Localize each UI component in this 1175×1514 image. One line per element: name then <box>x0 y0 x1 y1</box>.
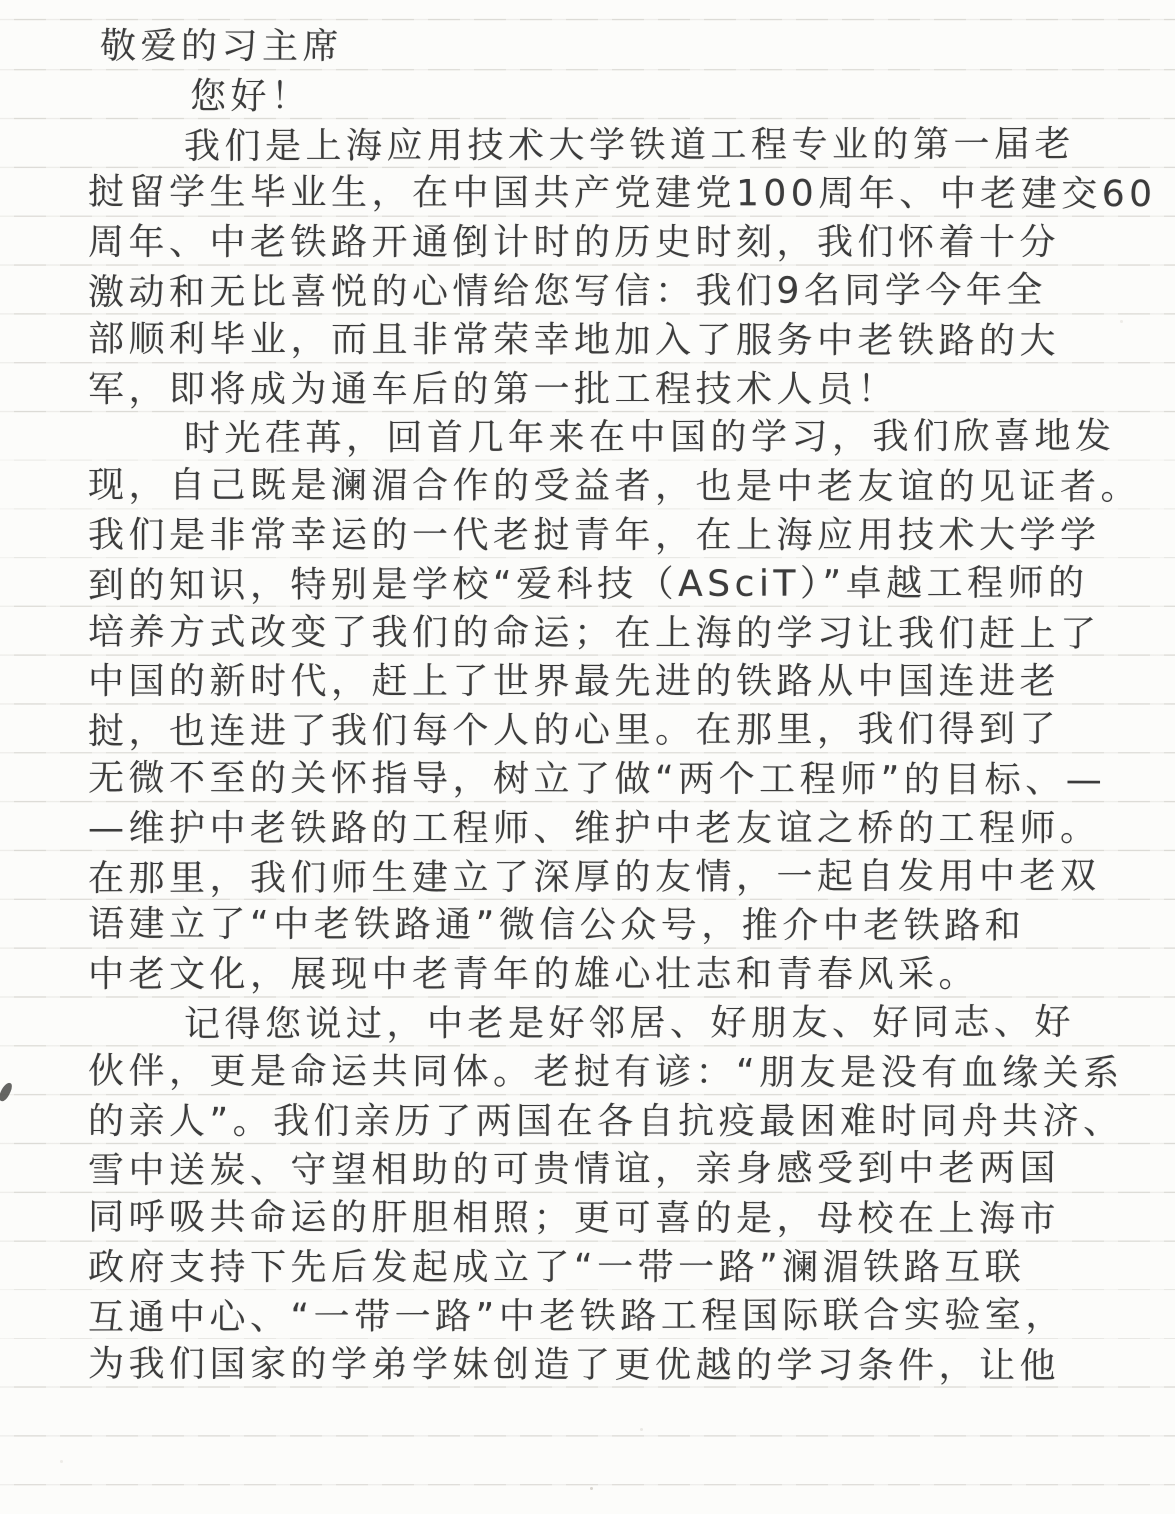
letter-line: 互通中心、“一带一路”中老铁路工程国际联合实验室， <box>88 1291 1175 1343</box>
letter-line: 政府支持下先后发起成立了“一带一路”澜湄铁路互联 <box>88 1244 1175 1293</box>
letter-line: 军，即将成为通车后的第一批工程技术人员！ <box>88 366 1175 415</box>
letter-line: 无微不至的关怀指导，树立了做“两个工程师”的目标、— <box>88 755 1175 806</box>
letter-line: 激动和无比喜悦的心情给您写信：我们9名同学今年全 <box>88 267 1175 319</box>
letter-line: 伙伴，更是命运共同体。老挝有谚：“朋友是没有血缘关系 <box>88 1048 1175 1099</box>
letter-line: 到的知识，特别是学校“爱科技（ASciT）”卓越工程师的 <box>88 559 1175 611</box>
letter-line: 我们是非常幸运的一代老挝青年，在上海应用技术大学学 <box>88 512 1175 561</box>
letter-line: 语建立了“中老铁路通”微信公众号，推介中老铁路和 <box>88 901 1175 952</box>
letter-body: 敬爱的习主席您好！我们是上海应用技术大学铁道工程专业的第一届老挝留学生毕业生，在… <box>0 24 1175 1390</box>
letter-line: 部顺利毕业，而且非常荣幸地加入了服务中老铁路的大 <box>88 316 1175 367</box>
letter-line: 为我们国家的学弟学妹创造了更优越的学习条件，让他 <box>88 1340 1175 1391</box>
letter-line: 时光荏苒，回首几年来在中国的学习，我们欣喜地发 <box>184 413 1175 464</box>
letter-line: 中老文化，展现中老青年的雄心壮志和青春风采。 <box>88 951 1175 1000</box>
letter-line: 雪中送炭、守望相助的可贵情谊，亲身感受到中老两国 <box>88 1145 1175 1197</box>
letter-line: 在那里，我们师生建立了深厚的友情，一起自发用中老双 <box>88 852 1175 904</box>
letter-line: 周年、中老铁路开通倒计时的历史时刻，我们怀着十分 <box>88 219 1175 268</box>
letter-line: 挝留学生毕业生，在中国共产党建党100周年、中老建交60 <box>88 169 1175 220</box>
letter-line: 培养方式改变了我们的命运；在上海的学习让我们赶上了 <box>88 608 1175 659</box>
letter-line: 敬爱的习主席 <box>100 23 1175 74</box>
letter-line: 我们是上海应用技术大学铁道工程专业的第一届老 <box>184 120 1175 171</box>
letter-line: 挝，也连进了我们每个人的心里。在那里，我们得到了 <box>88 706 1175 758</box>
letter-line: 记得您说过，中老是好邻居、好朋友、好同志、好 <box>184 999 1175 1050</box>
letter-line: 的亲人”。我们亲历了两国在各自抗疫最困难时同舟共济、 <box>88 1098 1175 1147</box>
letter-line: 中国的新时代，赶上了世界最先进的铁路从中国连进老 <box>88 658 1175 707</box>
letter-line: 您好！ <box>190 73 1175 122</box>
letter-line: —维护中老铁路的工程师、维护中老友谊之桥的工程师。 <box>88 805 1175 854</box>
letter-line: 同呼吸共命运的肝胆相照；更可喜的是，母校在上海市 <box>88 1194 1175 1245</box>
letter-line: 现，自己既是澜湄合作的受益者，也是中老友谊的见证者。 <box>88 462 1175 513</box>
letter-page: 敬爱的习主席您好！我们是上海应用技术大学铁道工程专业的第一届老挝留学生毕业生，在… <box>0 0 1175 1514</box>
